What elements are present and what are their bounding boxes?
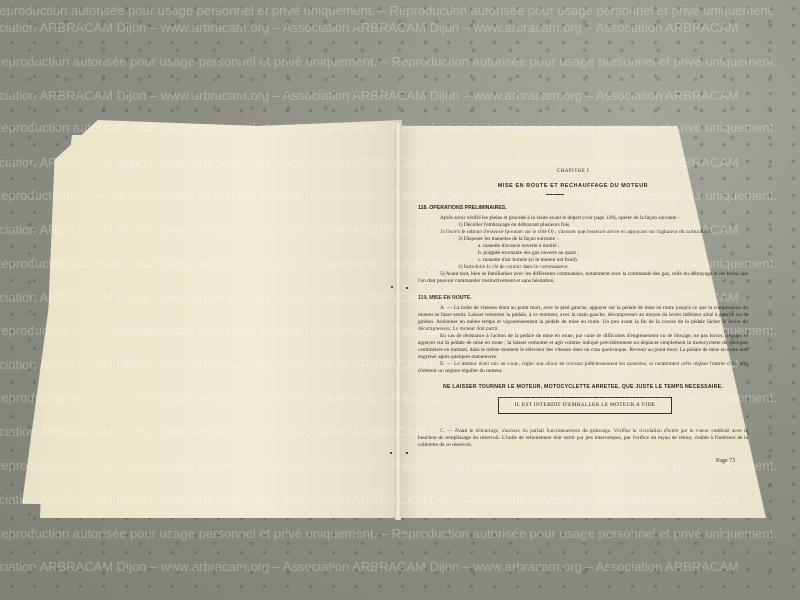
warning-text: NE LAISSER TOURNER LE MOTEUR, MOTOCYCLET… (418, 384, 748, 391)
left-page-blank (40, 120, 402, 518)
section-heading: 119. MISE EN ROUTE. (418, 295, 748, 302)
list-item: a. manette d'avance ouverte à moitié ; (418, 243, 748, 250)
binding-stitch (406, 287, 408, 289)
paragraph: C. — Avant le démarrage, s'assurer du pa… (418, 428, 748, 449)
list-item: 2) Ouvrir le robinet d'essence (pousser … (418, 229, 748, 236)
section-heading: 118. OPERATIONS PRELIMINAIRES. (418, 205, 748, 212)
page-number: Page 73 (716, 458, 735, 464)
page-content: CHAPITRE I MISE EN ROUTE ET RECHAUFFAGE … (418, 168, 748, 449)
paragraph: Après avoir vérifié les pleins et procéd… (418, 215, 748, 222)
title-rule (546, 194, 564, 195)
paragraph: A. — La boîte de vitesses étant au point… (418, 305, 748, 333)
binding-stitch (406, 452, 408, 454)
binding-stitch (390, 452, 392, 454)
paragraph: En cas de résistance à l'action de la pé… (418, 333, 748, 361)
boxed-notice: IL EST INTERDIT D'EMBALLER LE MOTEUR A V… (498, 397, 672, 414)
page-title: MISE EN ROUTE ET RECHAUFFAGE DU MOTEUR (398, 183, 748, 190)
paragraph: 5) Avant tout, bien se familiariser avec… (418, 271, 748, 285)
list-item: b. poignée tournante des gaz ouverte au … (418, 250, 748, 257)
open-manual: CHAPITRE I MISE EN ROUTE ET RECHAUFFAGE … (0, 0, 800, 600)
paragraph: B. — Le moteur étant mis en route, régle… (418, 361, 748, 375)
list-item: 4) Introduire la clé de contact dans le … (418, 264, 748, 271)
binding-stitch (391, 286, 393, 288)
list-item: 3) Disposer les manettes de la façon sui… (418, 236, 748, 243)
list-item: c. manette d'air fermée (si le moteur es… (418, 257, 748, 264)
list-item: 1) Décoller l'embrayage en débrayant plu… (418, 222, 748, 229)
chapter-label: CHAPITRE I (398, 168, 748, 175)
